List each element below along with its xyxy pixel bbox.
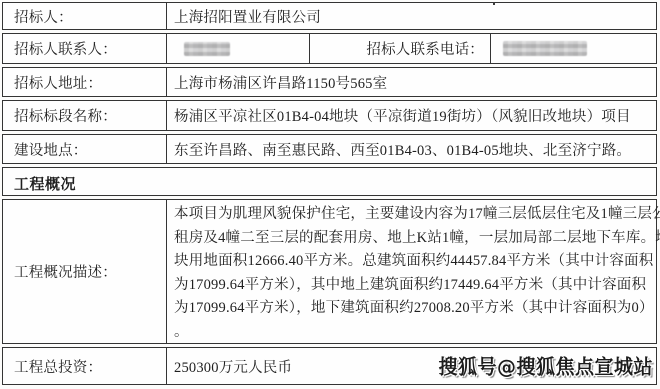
row-section-name: 招标标段名称： 杨浦区平凉社区01B4-04地块（平凉街道19街坊）（风貌旧改地…: [2, 100, 657, 131]
row-bidder: 招标人： 上海招阳置业有限公司: [2, 2, 657, 30]
address-label: 招标人地址：: [3, 68, 167, 96]
overview-desc-line: 为17099.64平方米），地下建筑面积约27008.20平方米（其中计容面积为…: [174, 297, 660, 321]
location-label: 建设地点：: [3, 135, 167, 163]
investment-label: 工程总投资：: [3, 348, 167, 384]
bidder-value: 上海招阳置业有限公司: [167, 3, 656, 29]
row-address: 招标人地址： 上海市杨浦区许昌路1150号565室: [2, 67, 657, 97]
overview-desc-line: 为17099.64平方米），其中地上建筑面积约17449.64平方米（其中计容面…: [174, 274, 660, 298]
section-name-value: 杨浦区平凉社区01B4-04地块（平凉街道19街坊）（风貌旧改地块）项目: [167, 101, 656, 130]
sohu-focus-watermark: 搜狐号@搜狐焦点宣城站: [438, 351, 653, 379]
overview-desc-label: 工程概况描述：: [3, 200, 167, 343]
cropped-row-divider-tick: [493, 2, 495, 5]
contact-label: 招标人联系人：: [3, 34, 167, 63]
overview-desc-line: 租房及4幢二至三层的配套用房、地上K站1幢，一层加局部二层地下车库。地: [174, 227, 660, 251]
section-name-label: 招标标段名称：: [3, 101, 167, 130]
overview-desc-line: 。: [174, 321, 660, 345]
redacted-contact-name-blur: [184, 42, 230, 56]
overview-desc-line: 本项目为肌理风貌保护住宅，主要建设内容为17幢三层低层住宅及1幢三层公: [174, 203, 660, 227]
overview-desc-value: 本项目为肌理风貌保护住宅，主要建设内容为17幢三层低层住宅及1幢三层公租房及4幢…: [167, 200, 660, 343]
phone-value-cell: [491, 34, 656, 63]
row-investment: 工程总投资： 250300万元人民币 搜狐号@搜狐焦点宣城站: [2, 347, 657, 385]
redacted-phone-blur: [503, 41, 587, 56]
row-overview-description: 工程概况描述： 本项目为肌理风貌保护住宅，主要建设内容为17幢三层低层住宅及1幢…: [2, 199, 657, 344]
phone-label: 招标人联系电话：: [310, 34, 491, 63]
project-overview-title: 工程概况: [3, 168, 656, 194]
location-value: 东至许昌路、南至惠民路、西至01B4-03、01B4-05地块、北至济宁路。: [167, 135, 656, 163]
bid-announcement-table: 招标人： 上海招阳置业有限公司 招标人联系人： 招标人联系电话： 招标人地址： …: [2, 2, 657, 385]
row-location: 建设地点： 东至许昌路、南至惠民路、西至01B4-03、01B4-05地块、北至…: [2, 134, 657, 164]
overview-desc-line: 块用地面积12666.40平方米。总建筑面积约44457.84平方米（其中计容面…: [174, 250, 660, 274]
address-value: 上海市杨浦区许昌路1150号565室: [167, 68, 656, 96]
contact-name-cell: [167, 34, 310, 63]
bidder-label: 招标人：: [3, 3, 167, 29]
row-contact: 招标人联系人： 招标人联系电话：: [2, 33, 657, 64]
section-header-project-overview: 工程概况: [2, 167, 657, 196]
